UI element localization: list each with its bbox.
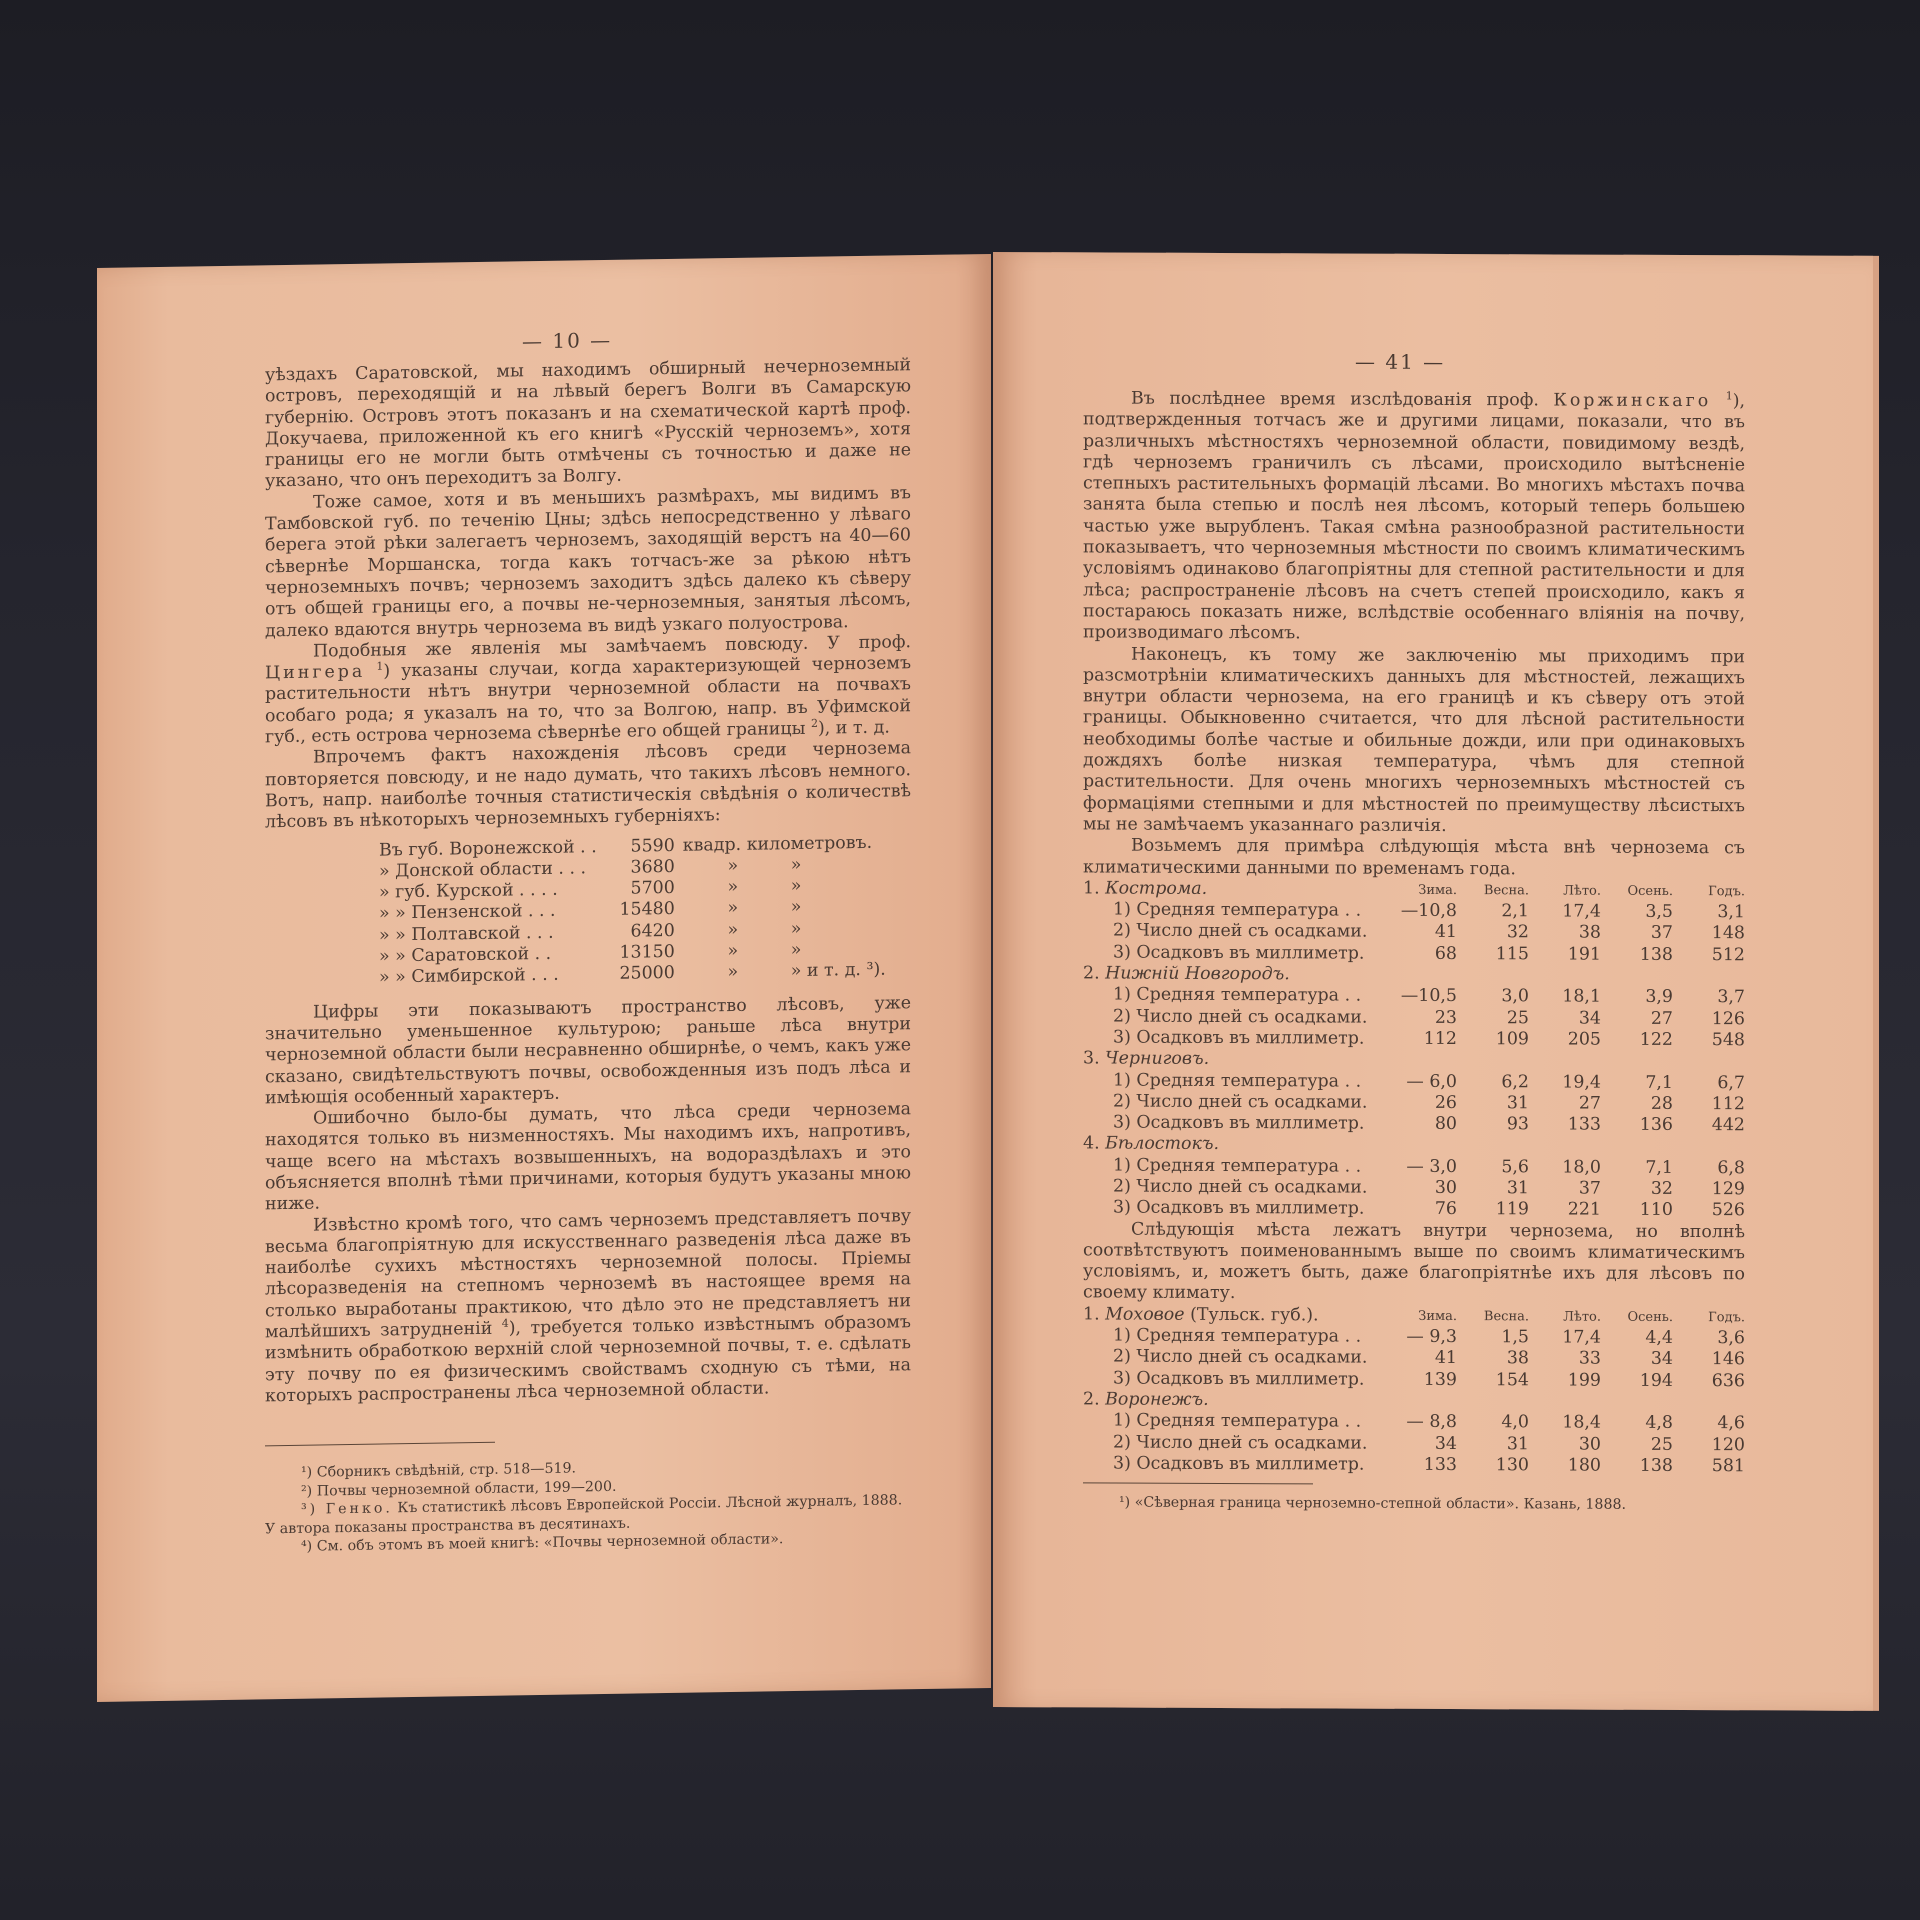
city-name: Кострома. (1105, 878, 1207, 898)
table-header-row: 1. Кострома. Зима.Весна.Лѣто.Осень.Годъ. (1083, 878, 1745, 902)
table-row: 2) Число дней съ осадками.30313732129 (1083, 1176, 1745, 1200)
climate-table-inside-chernozem: 1. Моховое (Тульск. губ.). Зима.Весна.Лѣ… (1083, 1304, 1745, 1477)
footnotes: ¹) Сборникъ свѣдѣній, стр. 518—519. ²) П… (265, 1454, 911, 1557)
paragraph: Возьмемъ для примѣра слѣдующія мѣста внѣ… (1083, 836, 1745, 881)
paragraph: Впрочемъ фактъ нахожденія лѣсовъ среди ч… (265, 739, 911, 834)
footnote: ¹) «Сѣверная граница черноземно-степной … (1083, 1494, 1745, 1515)
page-number: — 10 — (522, 328, 612, 353)
table-row: 3) Осадковъ въ миллиметр.112109205122548 (1083, 1027, 1745, 1051)
city-name: Воронежъ. (1105, 1389, 1209, 1409)
footnote-divider (1083, 1483, 1313, 1485)
footnotes: ¹) «Сѣверная граница черноземно-степной … (1083, 1494, 1745, 1515)
city-name: Моховое (1105, 1304, 1184, 1324)
footnote-ref: 2 (811, 717, 818, 730)
city-row: 3. Черниговъ. (1083, 1049, 1745, 1073)
right-page-body: Въ послѣднее время изслѣдованія проф. Ко… (1083, 388, 1745, 1515)
table-row: 1) Средняя температура . .—10,53,018,13,… (1083, 985, 1745, 1009)
city-row: 2. Нижній Новгородъ. (1083, 963, 1745, 987)
footnote-divider (265, 1442, 495, 1447)
table-row: 3) Осадковъ въ миллиметр.139154199194636 (1083, 1368, 1745, 1392)
table-row: 2) Число дней съ осадками.34313025120 (1083, 1432, 1745, 1456)
paragraph: Извѣстно кромѣ того, что самъ черноземъ … (265, 1206, 911, 1408)
left-page: — 10 — уѣздахъ Саратовской, мы находимъ … (97, 254, 991, 1702)
city-name: Черниговъ. (1105, 1049, 1209, 1069)
paragraph: Тоже самое, хотя и въ меньшихъ размѣрахъ… (265, 483, 911, 642)
footnote-ref: 1 (1726, 389, 1733, 402)
right-page: — 41 — Въ послѣднее время изслѣдованія п… (993, 252, 1873, 1711)
table-row: 3) Осадковъ въ миллиметр.133130180138581 (1083, 1453, 1745, 1477)
table-row: 3) Осадковъ въ миллиметр.8093133136442 (1083, 1112, 1745, 1136)
author-name: Цингера (265, 662, 365, 684)
table-row: 1) Средняя температура . .— 8,84,018,44,… (1083, 1411, 1745, 1435)
paragraph: Цифры эти показываютъ пространство лѣсов… (265, 993, 911, 1110)
paragraph: Въ послѣднее время изслѣдованія проф. Ко… (1083, 388, 1745, 646)
paragraph: Подобныя же явленія мы замѣчаемъ повсюду… (265, 632, 911, 749)
table-row: 1) Средняя температура . .— 3,05,618,07,… (1083, 1155, 1745, 1179)
paragraph: Наконецъ, къ тому же заключенію мы прихо… (1083, 644, 1745, 839)
footnote-ref: 4 (502, 1317, 509, 1330)
table-row: 1) Средняя температура . .—10,82,117,43,… (1083, 900, 1745, 924)
table-row: 2) Число дней съ осадками.41323837148 (1083, 921, 1745, 945)
table-row: 1) Средняя температура . .— 9,31,517,44,… (1083, 1325, 1745, 1349)
city-name: Нижній Новгородъ. (1105, 964, 1290, 985)
forest-area-table: Въ губ. Воронежской . .5590квадр. киломе… (375, 832, 890, 989)
table-row: 1) Средняя температура . .— 6,06,219,47,… (1083, 1070, 1745, 1094)
table-row: 2) Число дней съ осадками.41383334146 (1083, 1347, 1745, 1371)
table-row: 3) Осадковъ въ миллиметр.76119221110526 (1083, 1198, 1745, 1222)
author-name: Коржинскаго (1553, 390, 1711, 411)
city-row: 2. Воронежъ. (1083, 1389, 1745, 1413)
table-header-row: 1. Моховое (Тульск. губ.). Зима.Весна.Лѣ… (1083, 1304, 1745, 1328)
table-row: 2) Число дней съ осадками.23253427126 (1083, 1006, 1745, 1030)
city-row: 4. Бѣлостокъ. (1083, 1134, 1745, 1158)
city-name: Бѣлостокъ. (1105, 1134, 1219, 1154)
page-number: — 41 — (1355, 350, 1445, 374)
paragraph: уѣздахъ Саратовской, мы находимъ обширны… (265, 355, 911, 493)
table-row: 2) Число дней съ осадками.26312728112 (1083, 1091, 1745, 1115)
table-row: 3) Осадковъ въ миллиметр.68115191138512 (1083, 942, 1745, 966)
paragraph: Ошибочно было-бы думать, что лѣса среди … (265, 1099, 911, 1216)
left-page-body: уѣздахъ Саратовской, мы находимъ обширны… (265, 355, 911, 1557)
climate-table-outside-chernozem: 1. Кострома. Зима.Весна.Лѣто.Осень.Годъ.… (1083, 878, 1745, 1222)
paragraph: Слѣдующія мѣста лежатъ внутри чернозема,… (1083, 1219, 1745, 1307)
